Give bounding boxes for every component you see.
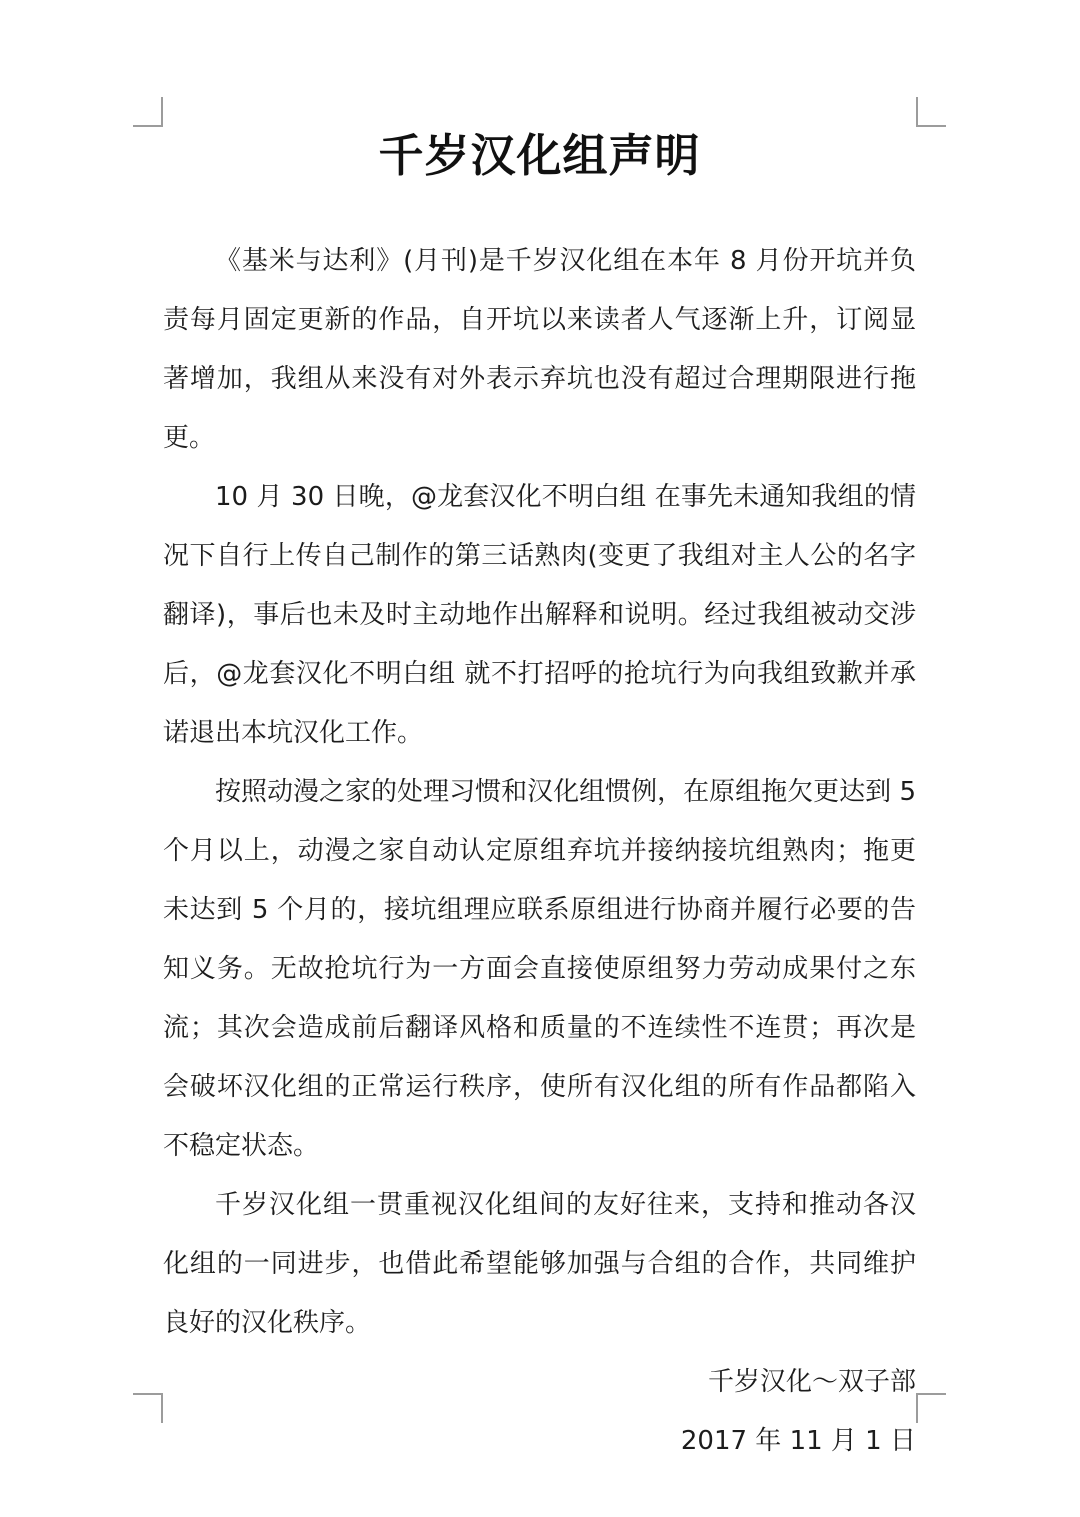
text-boundary-mark-bottom-right [916, 1393, 946, 1423]
text-boundary-mark-top-right [916, 97, 946, 127]
page-title: 千岁汉化组声明 [163, 120, 916, 192]
signature: 千岁汉化～双子部 [163, 1353, 916, 1412]
paragraph-1: 《基米与达利》(月刊)是千岁汉化组在本年 8 月份开坑并负责每月固定更新的作品，… [163, 232, 916, 468]
text-boundary-mark-top-left [133, 97, 163, 127]
paragraph-4: 千岁汉化组一贯重视汉化组间的友好往来，支持和推动各汉化组的一同进步，也借此希望能… [163, 1176, 916, 1353]
paragraph-2: 10 月 30 日晚，@龙套汉化不明白组 在事先未通知我组的情况下自行上传自己制… [163, 468, 916, 763]
signature-date: 2017 年 11 月 1 日 [163, 1412, 916, 1471]
document-body: 千岁汉化组声明 《基米与达利》(月刊)是千岁汉化组在本年 8 月份开坑并负责每月… [163, 0, 916, 1471]
text-boundary-mark-bottom-left [133, 1393, 163, 1423]
document-page: 千岁汉化组声明 《基米与达利》(月刊)是千岁汉化组在本年 8 月份开坑并负责每月… [0, 0, 1080, 1517]
paragraph-3: 按照动漫之家的处理习惯和汉化组惯例，在原组拖欠更达到 5 个月以上，动漫之家自动… [163, 763, 916, 1176]
